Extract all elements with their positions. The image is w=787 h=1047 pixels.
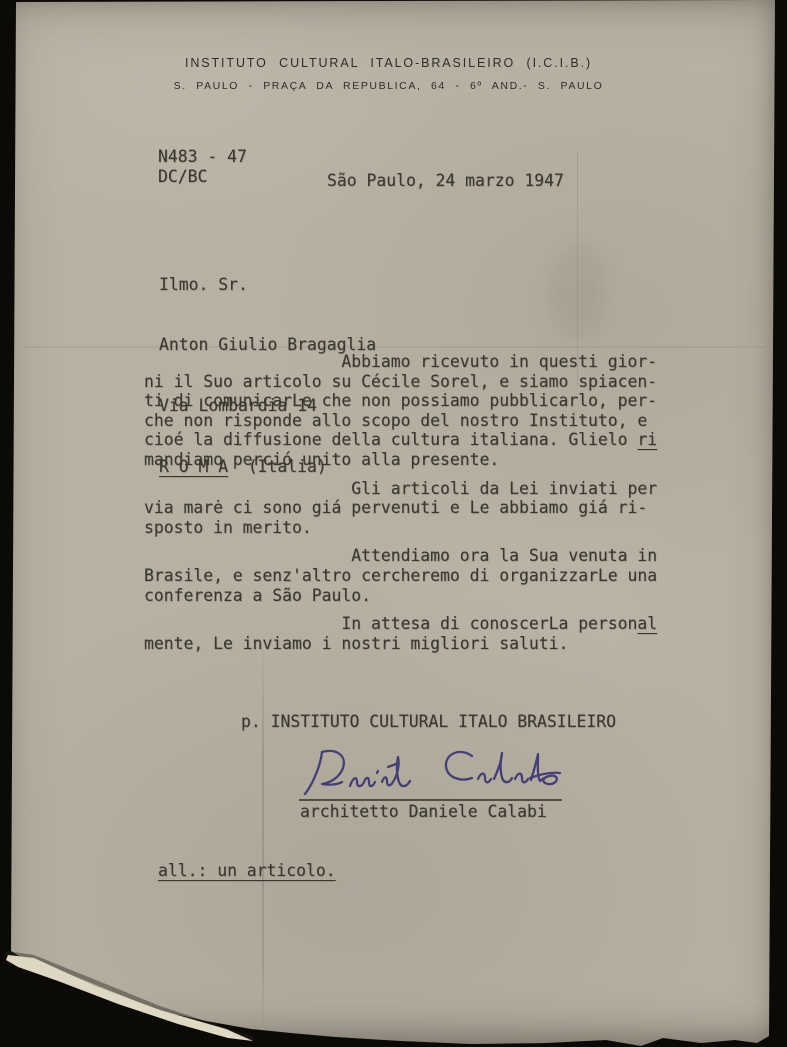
- body-line: Gli articoli da Lei inviati per: [144, 479, 657, 499]
- body-line: cioé la diffusione della cultura italian…: [144, 430, 657, 450]
- letterhead-institute-name: INSTITUTO CULTURAL ITALO-BRASILEIRO (I.C…: [0, 56, 777, 70]
- signer-name: architetto Daniele Calabi: [300, 802, 547, 822]
- signature-underline: [299, 799, 562, 801]
- signature-ink-strokes: [292, 745, 566, 801]
- body-line: In attesa di conoscerLa personal: [144, 614, 657, 634]
- closing-company: p. INSTITUTO CULTURAL ITALO BRASILEIRO: [241, 712, 616, 732]
- reference-block: N483 - 47DC/BC: [158, 147, 247, 186]
- recipient-salutation: Ilmo. Sr.: [159, 275, 376, 295]
- body-line: ni il Suo articolo su Cécile Sorel, e si…: [144, 372, 657, 392]
- body-line: Abbiamo ricevuto in questi gior-: [144, 352, 657, 372]
- body-paragraph: Gli articoli da Lei inviati pervia marė …: [144, 479, 657, 538]
- letterhead: INSTITUTO CULTURAL ITALO-BRASILEIRO (I.C…: [0, 56, 777, 92]
- reference-initials: DC/BC: [158, 167, 207, 186]
- body-paragraph: Abbiamo ricevuto in questi gior-ni il Su…: [144, 352, 657, 470]
- handwritten-signature: [292, 745, 566, 801]
- attachment-note: all.: un articolo.: [158, 861, 336, 881]
- body-line: mandiamo perció unito alla presente.: [144, 450, 657, 470]
- body-line: sposto in merito.: [144, 518, 657, 538]
- body-line: Brasile, e senz'altro cercheremo di orga…: [144, 566, 657, 586]
- body-line: ti di comunicarLe che non possiamo pubbl…: [144, 391, 657, 411]
- dateline: São Paulo, 24 marzo 1947: [327, 171, 564, 191]
- body-line: conferenza a São Paulo.: [144, 586, 657, 606]
- body-paragraph: In attesa di conoscerLa personalmente, L…: [144, 614, 657, 653]
- paper-stain: [548, 245, 608, 340]
- letter-body: Abbiamo ricevuto in questi gior-ni il Su…: [144, 352, 657, 662]
- scan-background: INSTITUTO CULTURAL ITALO-BRASILEIRO (I.C…: [0, 0, 787, 1047]
- body-line: via marė ci sono giá pervenuti e Le abbi…: [144, 498, 657, 518]
- body-line: che non risponde allo scopo del nostro I…: [144, 411, 657, 431]
- attachment-text: all.: un articolo.: [158, 861, 336, 880]
- body-line: Attendiamo ora la Sua venuta in: [144, 546, 657, 566]
- letter-paper: INSTITUTO CULTURAL ITALO-BRASILEIRO (I.C…: [0, 0, 787, 1047]
- reference-number: N483 - 47: [158, 147, 247, 166]
- paper-crease-vertical: [262, 640, 264, 1036]
- letterhead-address: S. PAULO - PRAÇA DA REPUBLICA, 64 - 6º A…: [0, 80, 777, 92]
- body-line: mente, Le inviamo i nostri migliori salu…: [144, 634, 657, 654]
- body-paragraph: Attendiamo ora la Sua venuta inBrasile, …: [144, 546, 657, 605]
- paper-fold-line: [22, 346, 764, 348]
